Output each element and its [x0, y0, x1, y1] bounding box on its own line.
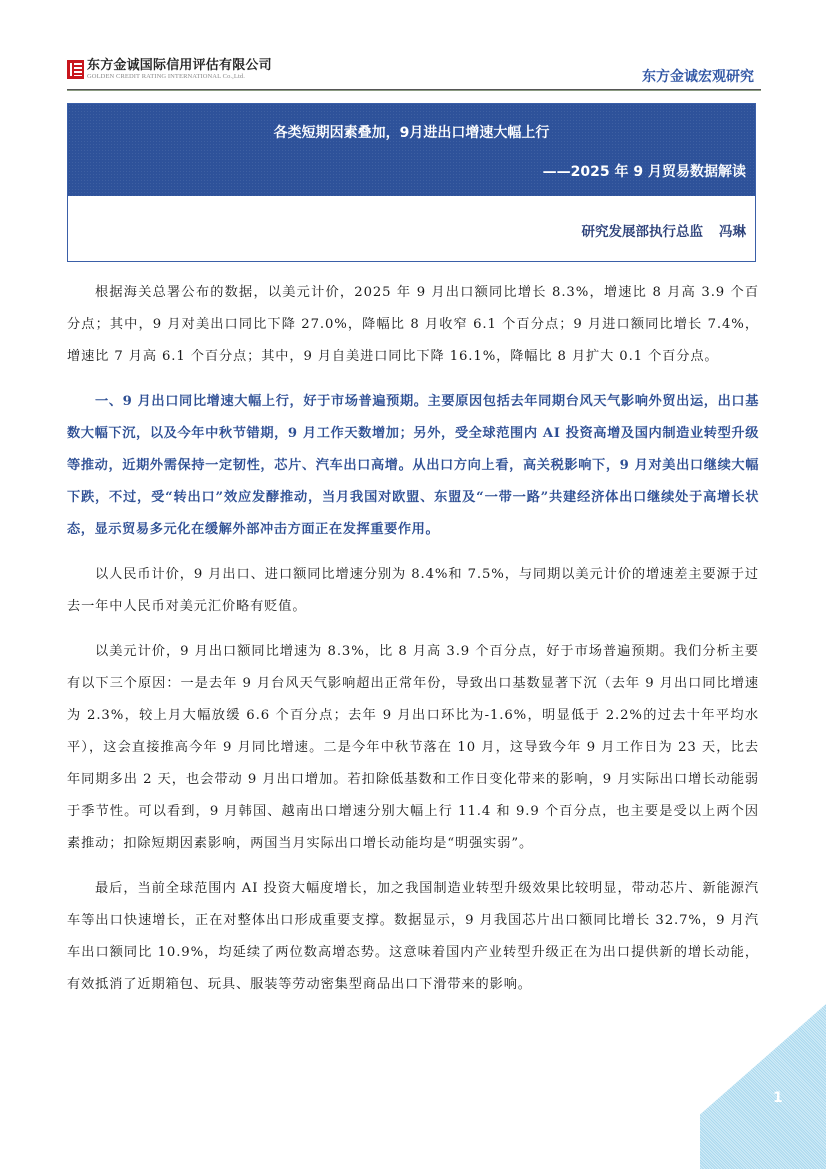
author-name: 冯琳: [719, 224, 746, 240]
paragraph-summary: 根据海关总署公布的数据，以美元计价，2025 年 9 月出口额同比增长 8.3%…: [67, 277, 759, 373]
series-title: 东方金诚宏观研究: [642, 66, 754, 86]
company-logo-icon: [67, 60, 84, 79]
company-logo: 东方金诚国际信用评估有限公司 GOLDEN CREDIT RATING INTE…: [67, 58, 272, 84]
title-box: 各类短期因素叠加，9月进出口增速大幅上行 ——2025 年 9 月贸易数据解读 …: [67, 103, 756, 262]
paragraph-key-point: 一、9 月出口同比增速大幅上行，好于市场普遍预期。主要原因包括去年同期台风天气影…: [67, 386, 759, 546]
author-role: 研究发展部执行总监: [582, 224, 704, 240]
company-name-en: GOLDEN CREDIT RATING INTERNATIONAL Co.,L…: [87, 73, 272, 81]
paragraph-rmb: 以人民币计价，9 月出口、进口额同比增速分别为 8.4%和 7.5%，与同期以美…: [67, 559, 759, 623]
paragraph-analysis: 以美元计价，9 月出口额同比增速为 8.3%，比 8 月高 3.9 个百分点，好…: [67, 636, 759, 860]
corner-decoration: [700, 1004, 826, 1169]
report-body: 根据海关总署公布的数据，以美元计价，2025 年 9 月出口额同比增长 8.3%…: [67, 277, 759, 1001]
report-subtitle: ——2025 年 9 月贸易数据解读: [543, 161, 746, 181]
author-line: 研究发展部执行总监冯琳: [582, 220, 747, 240]
paragraph-conclusion: 最后，当前全球范围内 AI 投资大幅度增长，加之我国制造业转型升级效果比较明显，…: [67, 873, 759, 1001]
report-title: 各类短期因素叠加，9月进出口增速大幅上行: [68, 122, 755, 142]
header-divider: [67, 89, 761, 91]
title-banner: 各类短期因素叠加，9月进出口增速大幅上行 ——2025 年 9 月贸易数据解读: [68, 104, 755, 196]
company-name-cn: 东方金诚国际信用评估有限公司: [87, 58, 272, 73]
page-number: 1: [773, 1090, 783, 1106]
